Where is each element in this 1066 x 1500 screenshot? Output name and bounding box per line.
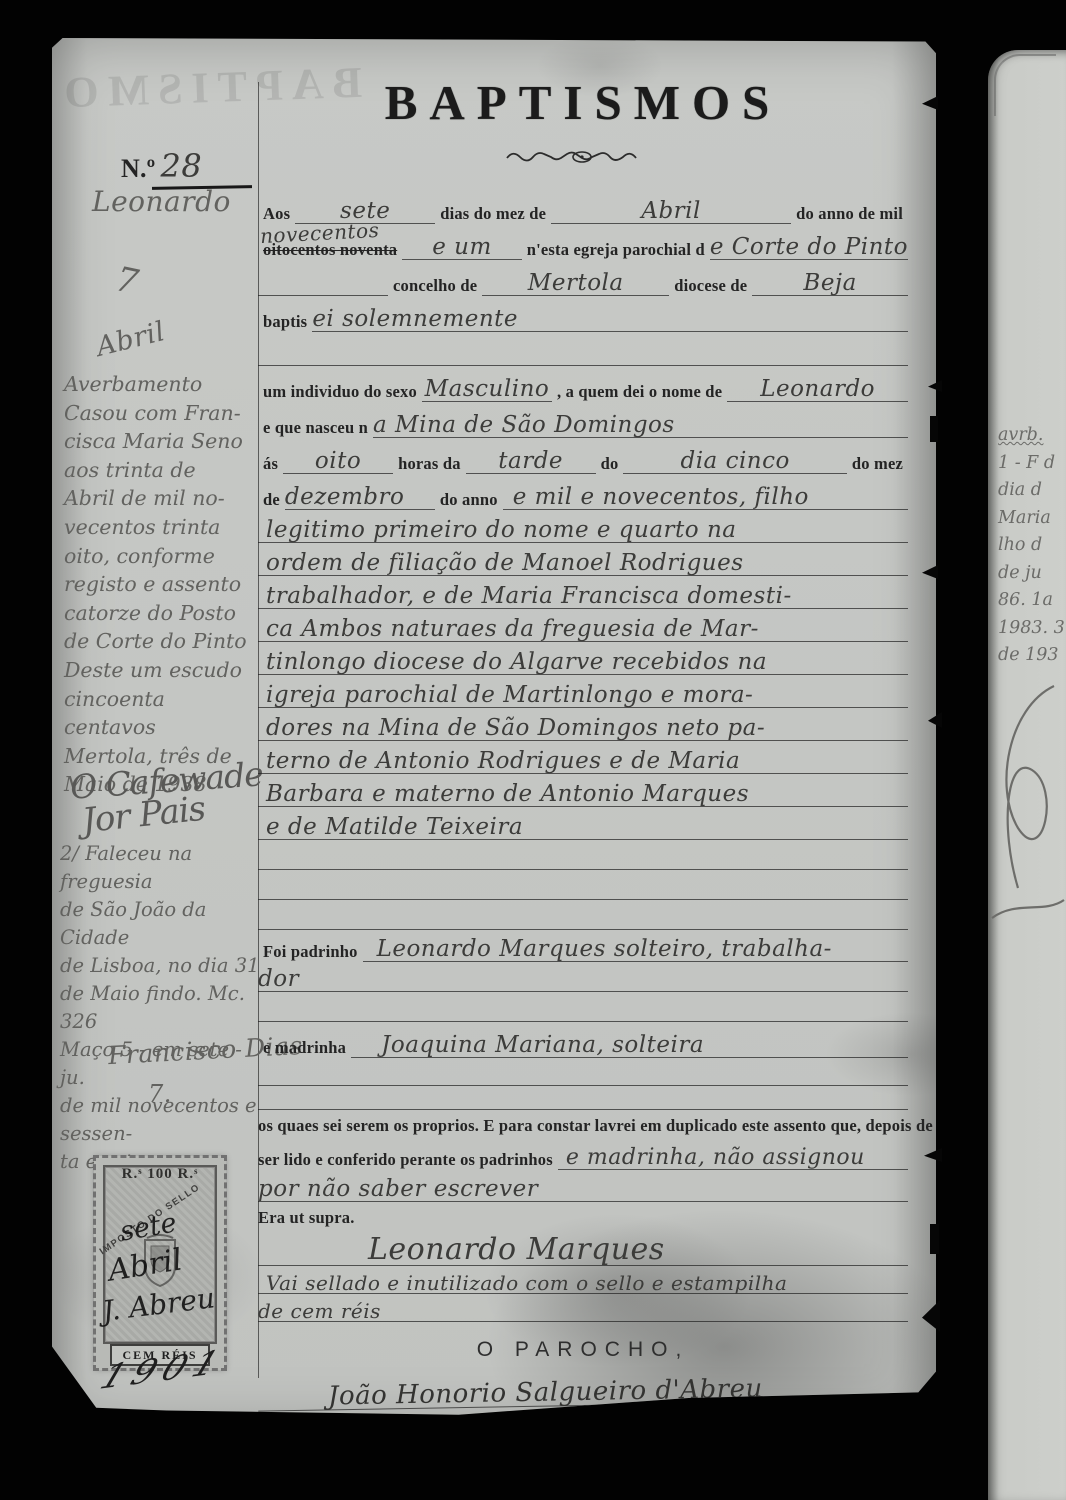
form-row-godfather-cont: dor [258,962,908,992]
form-row-era: Era ut supra. [258,1202,908,1228]
annotation-line: Deste um escudo [64,656,260,685]
annotation-line: avrb. [998,422,1065,450]
annotation-line: de São João da Cidade [60,896,264,952]
form-row-continuation: igreja parochial de Martinlongo e mora- [258,675,908,708]
handwritten-line: Barbara e materno de Antonio Marques [258,783,908,807]
margin-signature-scrawl: Jor Pais [81,792,207,839]
printed-text: os quaes sei serem os proprios. E para c… [258,1116,908,1136]
handwritten-entry: dor [258,968,318,992]
annotation-line: cincoenta centavos [64,685,260,742]
form-row-parocho-label: O PAROCHO, [258,1328,908,1362]
handwritten-line: e de Matilde Teixeira [258,816,908,840]
handwritten-entry: e madrinha, não assignou [558,1147,908,1170]
next-page-pencil-note: avrb. 1 - F d dia d Maria lho d de ju 86… [998,422,1065,670]
parocho-label: O PAROCHO, [258,1338,908,1362]
rule-line [258,365,908,366]
printed-text: horas da [393,454,466,474]
printed-text: Era ut supra. [258,1208,360,1228]
form-row-concelho: concelho de Mertola diocese de Beja [258,260,908,296]
handwritten-entry: ei solemnemente [312,308,592,332]
handwritten-entry: e mil e novecentos, filho [503,486,908,510]
handwritten-entry: Beja [752,272,908,296]
handwritten-entry: de cem réis [258,1301,498,1322]
handwritten-correction: novecentos [260,220,380,246]
scanned-baptism-register: { "colors":{"background":"#020202","pape… [0,0,1066,1500]
form-row-godmother: e madrinha Joaquina Mariana, solteira [258,1022,908,1058]
annotation-line: Maria [998,505,1065,533]
page-corner-curl [994,54,1056,116]
annotation-line: oito, conforme [64,542,260,571]
handwritten-entry: a Mina de São Domingos [373,414,908,438]
rule-line [318,991,908,992]
printed-text: , a quem dei o nome de [552,382,727,402]
annotation-line: 1983. 3 [998,615,1065,643]
printed-text: do anno de mil [791,204,908,224]
form-row-blank [258,992,908,1022]
form-row-signature: Leonardo Marques [258,1228,908,1266]
record-number-label: N.º [116,154,160,183]
form-row-blank [258,840,908,870]
rule-line [258,1109,908,1110]
margin-month-note: Abril [94,318,168,361]
form-row-blank [258,332,908,366]
rule-line [592,331,908,332]
handwritten-entry: Leonardo [727,378,908,402]
form-row-blank [258,1058,908,1086]
printed-text: e madrinha [258,1038,351,1058]
form-row-continuation: Barbara e materno de Antonio Marques [258,774,908,807]
annotation-line: aos trinta de [64,456,260,485]
margin-marriage-annotation: Averbamento Casou com Fran- cisca Maria … [64,370,260,799]
handwritten-entry: dia cinco [623,450,846,474]
annotation-line: Casou com Fran- [64,399,260,428]
rule-line [258,929,908,930]
printed-text: ser lido e conferido perante os padrinho… [258,1150,558,1170]
corrected-year: novecentos oitocentos noventa [258,240,402,260]
rule-line [258,295,388,296]
form-row-continuation: ca Ambos naturaes da freguesia de Mar- [258,609,908,642]
annotation-line: de Corte do Pinto [64,627,260,656]
annotation-line: Averbamento [64,370,260,399]
form-row-continuation: e de Matilde Teixeira [258,807,908,840]
rule-line [258,899,908,900]
form-row-seal-note: Vai sellado e inutilizado com o sello e … [258,1266,908,1294]
annotation-line: de Lisboa, no dia 31 [60,952,264,980]
godfather-signature: Leonardo Marques [258,1235,908,1266]
handwritten-entry: Joaquina Mariana, solteira [351,1034,908,1058]
form-row-hour: ás oito horas da tarde do dia cinco do m… [258,438,908,474]
form-row-blank [258,1086,908,1110]
title-ornament [504,148,660,171]
form-row-closing: por não saber escrever [258,1170,908,1202]
printed-text: n'esta egreja parochial d [522,240,710,260]
annotation-line: catorze do Posto [64,599,260,628]
next-page-edge: avrb. 1 - F d dia d Maria lho d de ju 86… [988,50,1066,1500]
handwritten-line: tinlongo diocese do Algarve recebidos na [258,651,908,675]
annotation-line: de ju [998,560,1065,588]
printed-text: Aos [258,204,295,224]
form-row-continuation: legitimo primeiro do nome e quarto na [258,510,908,543]
printed-text: do mez [847,454,908,474]
form-row-closing: ser lido e conferido perante os padrinho… [258,1136,908,1170]
printed-text: diocese de [669,276,752,296]
printed-text: de [258,490,285,510]
form-row-godfather: Foi padrinho Leonardo Marques solteiro, … [258,930,908,962]
form-body: Aos sete dias do mez de Abril do anno de… [258,188,908,1406]
annotation-line: dia d [998,477,1065,505]
page-edge-mark [930,416,938,442]
rule-line [258,1085,908,1086]
handwritten-line: ordem de filiação de Manoel Rodrigues [258,552,908,576]
form-row-birthplace: e que nasceu n a Mina de São Domingos [258,402,908,438]
form-row-closing: os quaes sei serem os proprios. E para c… [258,1110,908,1136]
form-row-blank [258,870,908,900]
next-page-scrawl [988,678,1066,958]
handwritten-line: dores na Mina de São Domingos neto pa- [258,717,908,741]
handwritten-line: terno de Antonio Rodrigues e de Maria [258,750,908,774]
handwritten-entry: tarde [466,450,596,474]
printed-text: concelho de [388,276,482,296]
annotation-line: vecentos trinta [64,513,260,542]
annotation-line: de 193 [998,642,1065,670]
handwritten-line: ca Ambos naturaes da freguesia de Mar- [258,618,908,642]
form-row-month-year: de dezembro do anno e mil e novecentos, … [258,474,908,510]
handwritten-line: legitimo primeiro do nome e quarto na [258,519,908,543]
annotation-line: lho d [998,532,1065,560]
form-row-seal-note: de cem réis [258,1294,908,1322]
priest-signature: João Honorio Salgueiro d'Abreu [258,1373,908,1411]
page-edge-mark [930,1224,939,1254]
handwritten-line: igreja parochial de Martinlongo e mora- [258,684,908,708]
handwritten-entry: Mertola [482,272,669,296]
record-number: N.º28 [116,150,202,184]
printed-text: baptis [258,312,312,332]
handwritten-line: trabalhador, e de Maria Francisca domest… [258,585,908,609]
printed-text: ás [258,454,283,474]
record-number-value: 28 [160,147,202,185]
margin-child-name: Leonardo [92,188,231,216]
rule-line [258,1021,908,1022]
form-row-continuation: tinlongo diocese do Algarve recebidos na [258,642,908,675]
form-row-continuation: dores na Mina de São Domingos neto pa- [258,708,908,741]
margin-death-annotation: 2/ Faleceu na freguesia de São João da C… [60,840,264,1176]
annotation-line: cisca Maria Seno [64,427,260,456]
annotation-line: registo e assento [64,570,260,599]
printed-text: do [596,454,624,474]
handwritten-entry: dezembro [285,486,435,510]
rule-line [498,1321,908,1322]
form-row-continuation: trabalhador, e de Maria Francisca domest… [258,576,908,609]
handwritten-entry: Masculino [422,378,552,402]
form-row-baptizei: baptis ei solemnemente [258,296,908,332]
handwritten-entry: por não saber escrever [258,1178,658,1202]
form-row-continuation: terno de Antonio Rodrigues e de Maria [258,741,908,774]
revenue-stamp: R.ˢ 100 R.ˢ IMPOSTO DO SELLO 1901 CEM RÉ… [94,1156,226,1370]
baptism-record-page: BAPTISMOS BAPTISMOS N.º28 Leonardo 7 Abr… [52,38,936,1430]
annotation-line: Abril de mil no- [64,484,260,513]
handwritten-line: Vai sellado e inutilizado com o sello e … [258,1273,908,1294]
form-row-continuation: ordem de filiação de Manoel Rodrigues [258,543,908,576]
margin-flourish-mark: 7. [148,1082,172,1106]
form-row-year: novecentos oitocentos noventa e um n'est… [258,224,908,260]
form-row-priest-signature: João Honorio Salgueiro d'Abreu [258,1362,908,1406]
handwritten-entry: Abril [551,200,791,224]
rule-line [658,1201,908,1202]
handwritten-entry: Leonardo Marques solteiro, trabalha- [363,938,908,962]
margin-flourish-mark: 7 [113,262,142,300]
printed-text: e que nasceu n [258,418,373,438]
printed-text: do anno [435,490,503,510]
printed-text: Foi padrinho [258,942,363,962]
printed-text: dias do mez de [435,204,551,224]
form-row-sex-name: um individuo do sexo Masculino , a quem … [258,366,908,402]
handwritten-entry: e Corte do Pinto [710,236,908,260]
handwritten-entry: e um [402,236,522,260]
annotation-line: 86. 1a [998,587,1065,615]
page-title: BAPTISMOS [258,74,908,131]
form-row-blank [258,900,908,930]
rule-line [258,869,908,870]
annotation-line: 2/ Faleceu na freguesia [60,840,264,896]
annotation-line: 1 - F d [998,450,1065,478]
printed-text: um individuo do sexo [258,382,422,402]
annotation-line: de Maio findo. Mc. 326 [60,980,264,1036]
handwritten-entry: oito [283,450,393,474]
